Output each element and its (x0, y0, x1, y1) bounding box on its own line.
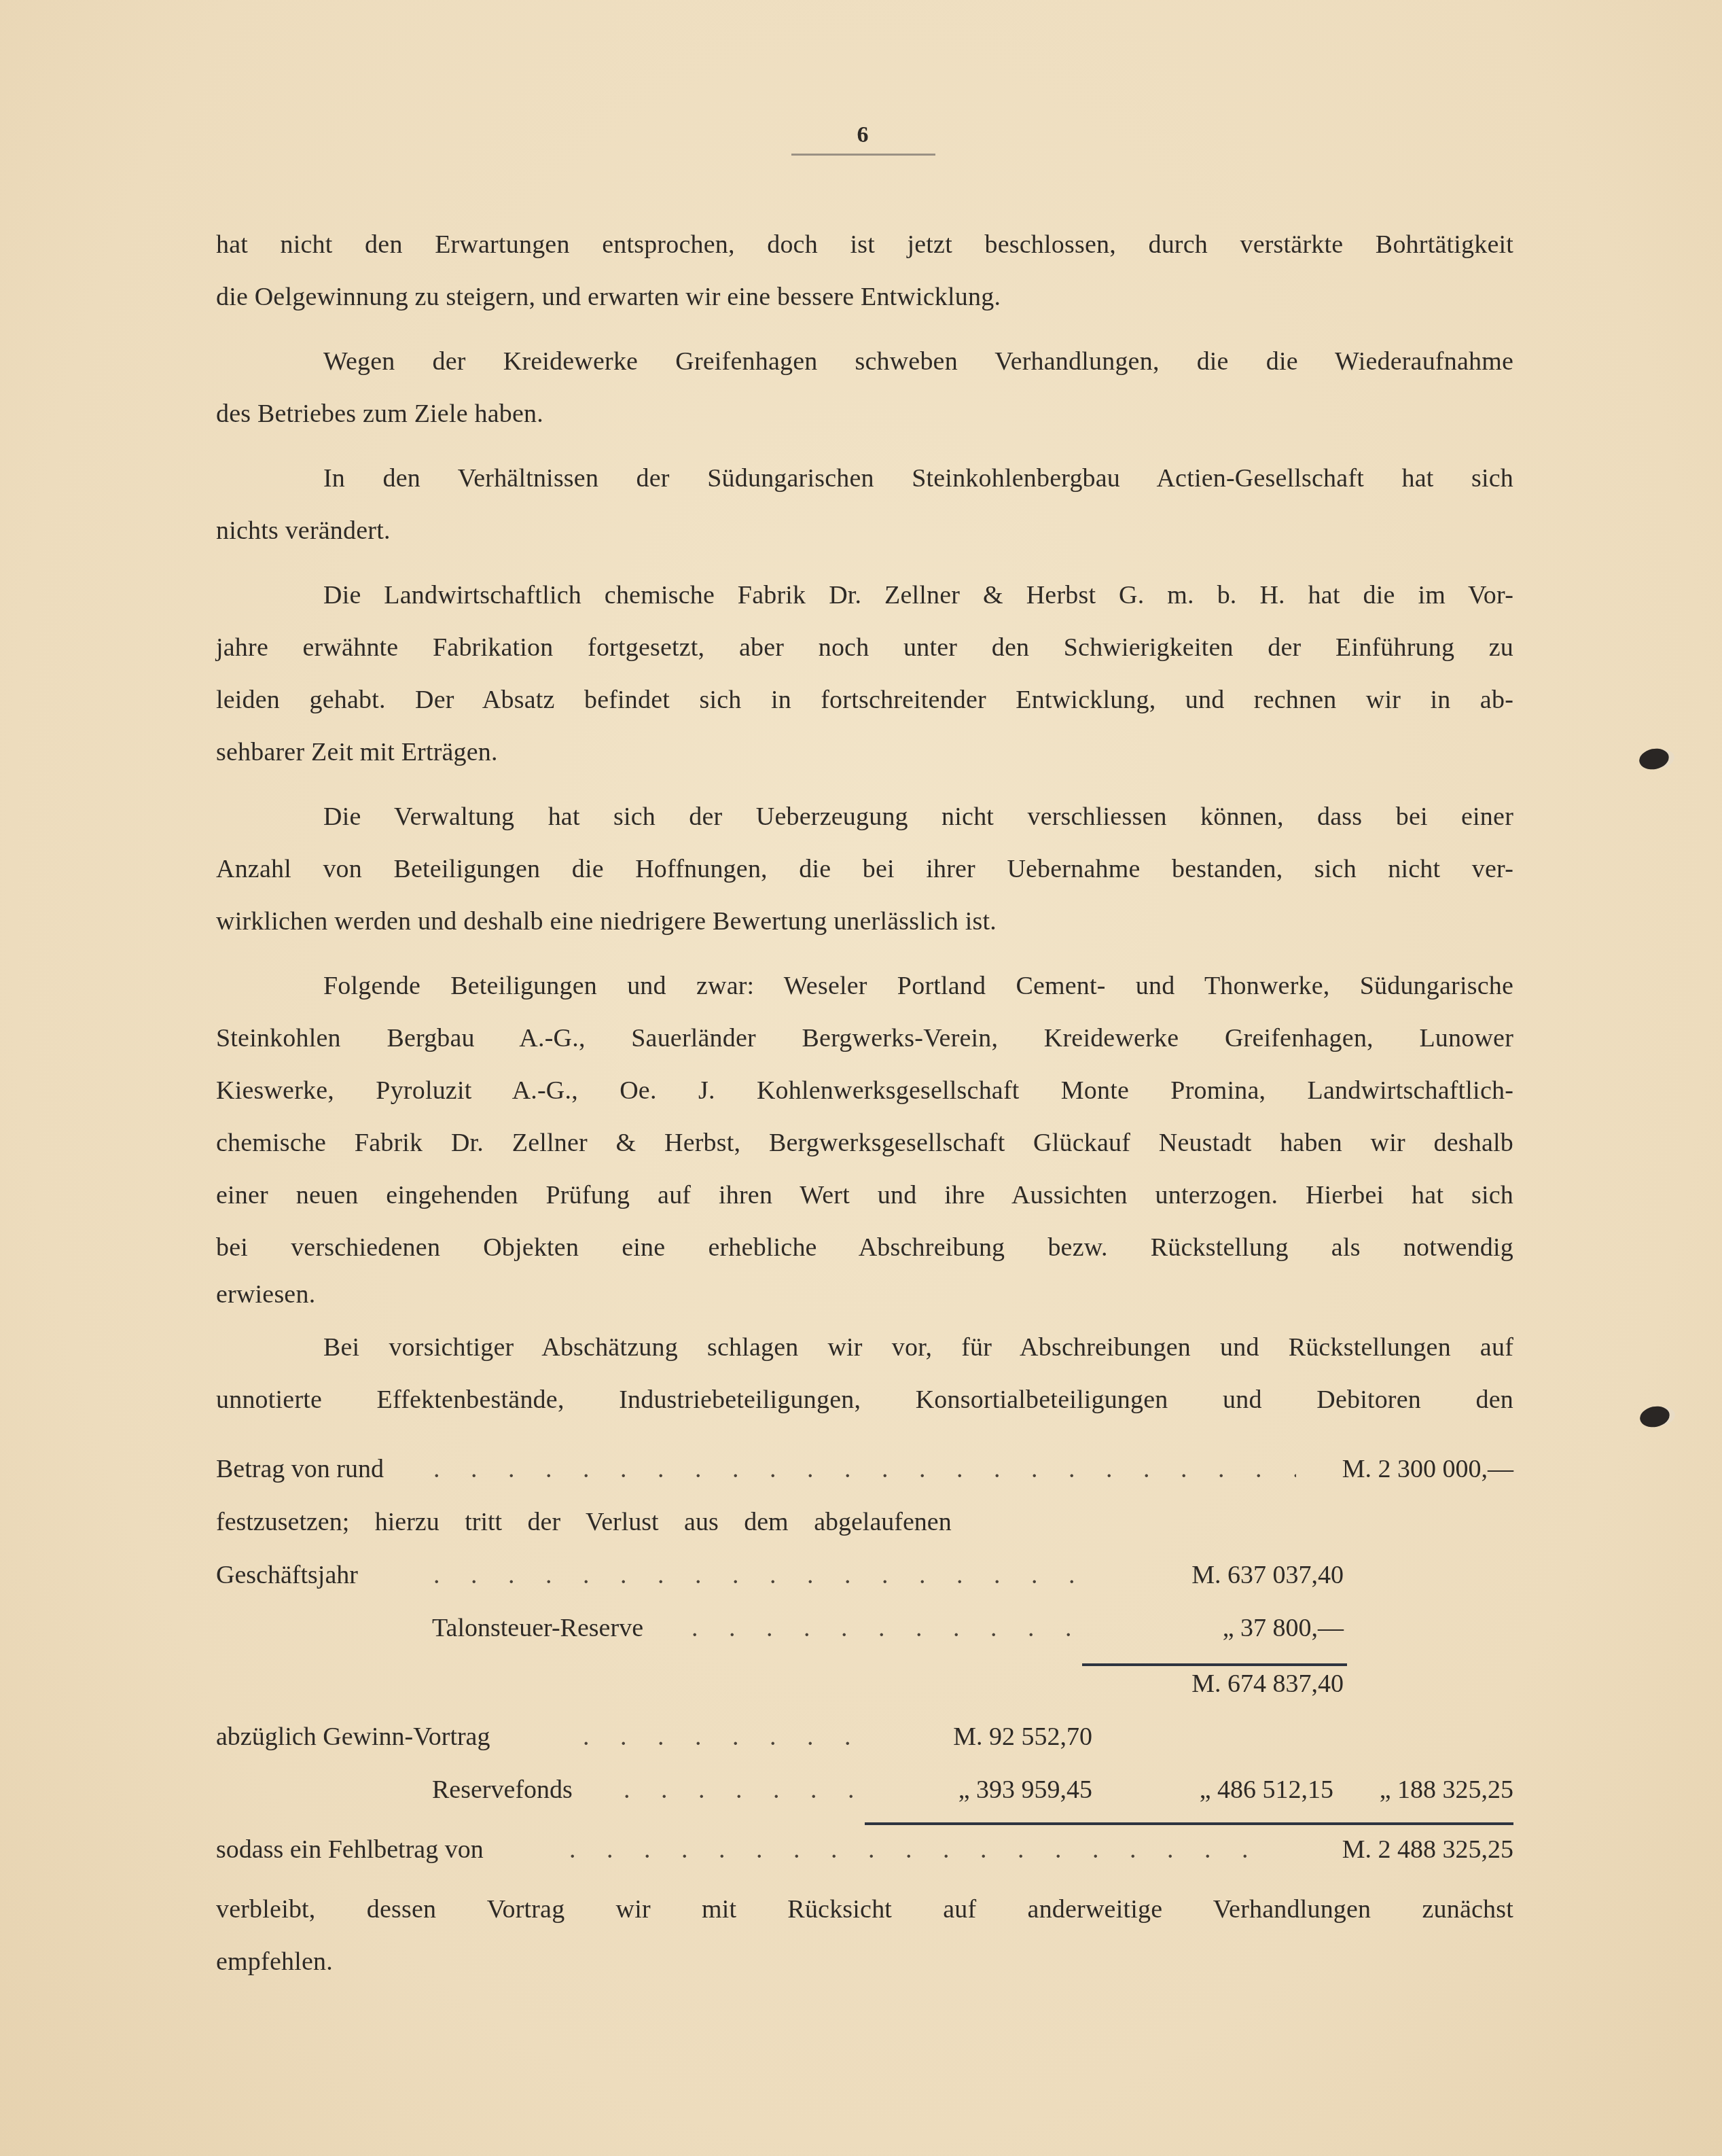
ledger-label: Talonsteuer-Reserve (432, 1613, 643, 1643)
text-line: Steinkohlen Bergbau A.-G., Sauerländer B… (216, 1012, 1513, 1065)
ledger-row-subtotal: M. 674 837,40 (216, 1669, 1513, 1710)
page-number: 6 (842, 122, 883, 148)
paragraph-oil: hat nicht den Erwartungen entsprochen, d… (216, 219, 1513, 323)
ledger-deductions-total: „ 486 512,15 (1099, 1775, 1333, 1805)
text-line: empfehlen. (216, 1936, 1513, 1988)
leader-dots: . . . . . . . . . (624, 1775, 868, 1805)
paragraph-abschaetzung: Bei vorsichtiger Abschätzung schlagen wi… (216, 1322, 1513, 1426)
ledger-row-festzusetzen: festzusetzen; hierzu tritt der Verlust a… (216, 1507, 1513, 1548)
punch-hole-lower (1638, 1404, 1671, 1430)
ledger-label: sodass ein Fehlbetrag von (216, 1835, 484, 1865)
ledger-amount: M. 637 037,40 (1086, 1560, 1344, 1590)
total-rule (865, 1822, 1513, 1825)
text-line: Wegen der Kreidewerke Greifenhagen schwe… (216, 336, 1513, 388)
text-line: erwiesen. (216, 1274, 1513, 1315)
text-line: leiden gehabt. Der Absatz befindet sich … (216, 674, 1513, 726)
text-line: des Betriebes zum Ziele haben. (216, 388, 1513, 440)
text-line: jahre erwähnte Fabrikation fortgesetzt, … (216, 622, 1513, 674)
report-body: hat nicht den Erwartungen entsprochen, d… (216, 219, 1513, 1438)
text-line: Folgende Beteiligungen und zwar: Weseler… (216, 960, 1513, 1012)
text-line: unnotierte Effektenbestände, Industriebe… (216, 1374, 1513, 1426)
ledger-net-amount: „ 188 325,25 (1337, 1775, 1513, 1805)
ledger-row-talonsteuer: Talonsteuer-Reserve . . . . . . . . . . … (216, 1613, 1513, 1654)
text-line: In den Verhältnissen der Südungarischen … (216, 453, 1513, 505)
page-number-rule (791, 154, 935, 156)
leader-dots: . . . . . . . . . . . . . . . . (692, 1613, 1079, 1643)
ledger-amount: M. 2 488 325,25 (1269, 1835, 1513, 1865)
text-line: Die Landwirtschaftlich chemische Fabrik … (216, 569, 1513, 622)
ledger-amount: „ 37 800,— (1086, 1613, 1344, 1643)
paragraph-kreidewerke: Wegen der Kreidewerke Greifenhagen schwe… (216, 336, 1513, 440)
ledger-row-geschaeftsjahr: Geschäftsjahr . . . . . . . . . . . . . … (216, 1560, 1513, 1601)
ledger-amount: M. 2 300 000,— (1282, 1454, 1513, 1484)
text-line: einer neuen eingehenden Prüfung auf ihre… (216, 1169, 1513, 1222)
ledger-row-reservefonds: Reservefonds . . . . . . . . . „ 393 959… (216, 1775, 1513, 1816)
paragraph-closing: verbleibt, dessen Vortrag wir mit Rücksi… (216, 1884, 1513, 1988)
leader-dots: . . . . . . . . . . . (583, 1722, 868, 1752)
text-line: bei verschiedenen Objekten eine erheblic… (216, 1222, 1513, 1274)
text-line: wirklichen werden und deshalb eine niedr… (216, 896, 1513, 948)
paragraph-beteiligungen: Folgende Beteiligungen und zwar: Weseler… (216, 960, 1513, 1315)
text-line: verbleibt, dessen Vortrag wir mit Rücksi… (216, 1884, 1513, 1936)
punch-hole-upper (1637, 746, 1670, 772)
text-line: chemische Fabrik Dr. Zellner & Herbst, B… (216, 1117, 1513, 1169)
subtotal-rule (1082, 1663, 1347, 1666)
text-line: Kieswerke, Pyroluzit A.-G., Oe. J. Kohle… (216, 1065, 1513, 1117)
text-line: Bei vorsichtiger Abschätzung schlagen wi… (216, 1322, 1513, 1374)
ledger-label: abzüglich Gewinn-Vortrag (216, 1722, 490, 1752)
text-line: nichts verändert. (216, 505, 1513, 557)
ledger-text: festzusetzen; hierzu tritt der Verlust a… (216, 1507, 952, 1537)
text-line: hat nicht den Erwartungen entsprochen, d… (216, 219, 1513, 271)
ledger-row-gewinn-vortrag: abzüglich Gewinn-Vortrag . . . . . . . .… (216, 1722, 1513, 1763)
closing-text: verbleibt, dessen Vortrag wir mit Rücksi… (216, 1884, 1513, 2000)
paragraph-suedungarische: In den Verhältnissen der Südungarischen … (216, 453, 1513, 557)
leader-dots: . . . . . . . . . . . . . . . . . . . . … (433, 1560, 1079, 1590)
text-line: Die Verwaltung hat sich der Ueberzeugung… (216, 791, 1513, 843)
paragraph-landwirtschaftlich: Die Landwirtschaftlich chemische Fabrik … (216, 569, 1513, 779)
ledger-label: Betrag von rund (216, 1454, 384, 1484)
ledger-label: Reservefonds (432, 1775, 573, 1805)
ledger-label: Geschäftsjahr (216, 1560, 358, 1590)
leader-dots: . . . . . . . . . . . . . . . . . . . . … (569, 1835, 1269, 1865)
text-line: die Oelgewinnung zu steigern, und erwart… (216, 271, 1513, 323)
ledger-row-betrag: Betrag von rund . . . . . . . . . . . . … (216, 1454, 1513, 1495)
text-line: sehbarer Zeit mit Erträgen. (216, 726, 1513, 779)
ledger-row-fehlbetrag: sodass ein Fehlbetrag von . . . . . . . … (216, 1835, 1513, 1875)
ledger-amount: „ 393 959,45 (868, 1775, 1092, 1805)
ledger-amount: M. 674 837,40 (1086, 1669, 1344, 1699)
ledger-amount: M. 92 552,70 (868, 1722, 1092, 1752)
leader-dots: . . . . . . . . . . . . . . . . . . . . … (433, 1454, 1296, 1484)
paragraph-verwaltung: Die Verwaltung hat sich der Ueberzeugung… (216, 791, 1513, 948)
text-line: Anzahl von Beteiligungen die Hoffnungen,… (216, 843, 1513, 896)
